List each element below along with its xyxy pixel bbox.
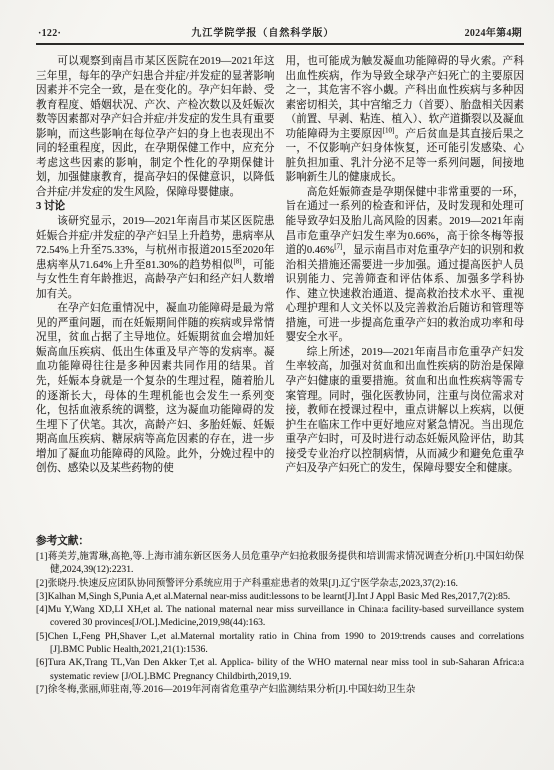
reference-item: [3]Kalhan M,Singh S,Punia A,et al.Matern… <box>36 590 524 603</box>
reference-text: Mu Y,Wang XD,LI XH,et al. The national m… <box>48 604 524 628</box>
paragraph-conclusion: 综上所述，2019—2021年南昌市危重孕产妇发生率较高，加强对贫血和出血性疾病… <box>286 346 525 477</box>
reference-item: [4]Mu Y,Wang XD,LI XH,et al. The nationa… <box>36 603 524 630</box>
paragraph-text: 用，也可能成为触发凝血功能障碍的导火索。产科出血性疾病，作为导致全球孕产妇死亡的… <box>286 56 525 140</box>
reference-text: 徐冬梅,张丽,师驻南,等.2016—2019年河南省危重孕产妇监测结果分析[J]… <box>48 684 416 695</box>
reference-text: 蒋美芳,施霄琳,高艳,等.上海市浦东新区医务人员危重孕产妇抢救服务提供和培训需求… <box>48 551 524 575</box>
page-header: ·122· 九江学院学报（自然科学版） 2024年第4期 <box>36 24 524 43</box>
paragraph-observation: 可以观察到南昌市某区医院在2019—2021年这三年里，每年的孕产妇患合并症/并… <box>36 55 275 200</box>
reference-label: [3] <box>36 591 48 602</box>
journal-page: ·122· 九江学院学报（自然科学版） 2024年第4期 可以观察到南昌市某区医… <box>0 0 554 770</box>
reference-label: [2] <box>36 578 48 589</box>
paragraph-coagulation: 在孕产妇危重情况中，凝血功能障碍是最为常见的严重问题，而在妊娠期间伴随的疾病或异… <box>36 302 275 477</box>
references-section: 参考文献： [1]蒋美芳,施霄琳,高艳,等.上海市浦东新区医务人员危重孕产妇抢救… <box>36 534 524 696</box>
paragraph-screening: 高危妊娠筛查是孕期保健中非常重要的一环，旨在通过一系列的检查和评估，及时发现和处… <box>286 186 525 346</box>
reference-text: Kalhan M,Singh S,Punia A,et al.Maternal … <box>48 591 510 602</box>
reference-item: [5]Chen L,Feng PH,Shaver L,et al.Materna… <box>36 630 524 657</box>
reference-text: Tura AK,Trang TL,Van Den Akker T,et al. … <box>48 657 524 681</box>
references-heading: 参考文献： <box>36 534 524 549</box>
left-column: 可以观察到南昌市某区医院在2019—2021年这三年里，每年的孕产妇患合并症/并… <box>36 55 275 521</box>
page-number: ·122· <box>38 28 61 39</box>
citation-superscript: [10] <box>383 126 395 134</box>
reference-item: [1]蒋美芳,施霄琳,高艳,等.上海市浦东新区医务人员危重孕产妇抢救服务提供和培… <box>36 550 524 577</box>
reference-item: [6]Tura AK,Trang TL,Van Den Akker T,et a… <box>36 656 524 683</box>
reference-label: [7] <box>36 684 48 695</box>
reference-label: [1] <box>36 551 48 562</box>
reference-item: [2]张晓丹.快速反应团队协同预警评分系统应用于产科重症患者的效果[J].辽宁医… <box>36 577 524 590</box>
reference-item: [7]徐冬梅,张丽,师驻南,等.2016—2019年河南省危重孕产妇监测结果分析… <box>36 683 524 696</box>
paragraph-prevalence-trend: 该研究显示，2019—2021年南昌市某区医院患妊娠合并症/并发症的孕产妇呈上升… <box>36 215 275 302</box>
reference-label: [4] <box>36 604 48 615</box>
reference-label: [5] <box>36 631 48 642</box>
paragraph-text: ，显示南昌市对危重孕产妇的识别和救治相关措施还需要进一步加强。通过提高医护人员识… <box>286 245 525 343</box>
references-list: [1]蒋美芳,施霄琳,高艳,等.上海市浦东新区医务人员危重孕产妇抢救服务提供和培… <box>36 550 524 696</box>
section-heading-discussion: 3 讨论 <box>36 200 275 215</box>
paragraph-hemorrhage: 用，也可能成为触发凝血功能障碍的导火索。产科出血性疾病，作为导致全球孕产妇死亡的… <box>286 55 525 186</box>
citation-superscript: [8] <box>233 257 241 265</box>
body-columns: 可以观察到南昌市某区医院在2019—2021年这三年里，每年的孕产妇患合并症/并… <box>36 55 524 521</box>
issue-label: 2024年第4期 <box>465 24 522 39</box>
reference-label: [6] <box>36 657 48 668</box>
right-column: 用，也可能成为触发凝血功能障碍的导火索。产科出血性疾病，作为导致全球孕产妇死亡的… <box>286 55 525 521</box>
journal-title: 九江学院学报（自然科学版） <box>191 24 334 39</box>
header-rule <box>36 43 524 45</box>
reference-text: 张晓丹.快速反应团队协同预警评分系统应用于产科重症患者的效果[J].辽宁医学杂志… <box>48 578 458 589</box>
reference-text: Chen L,Feng PH,Shaver L,et al.Maternal m… <box>48 631 524 655</box>
